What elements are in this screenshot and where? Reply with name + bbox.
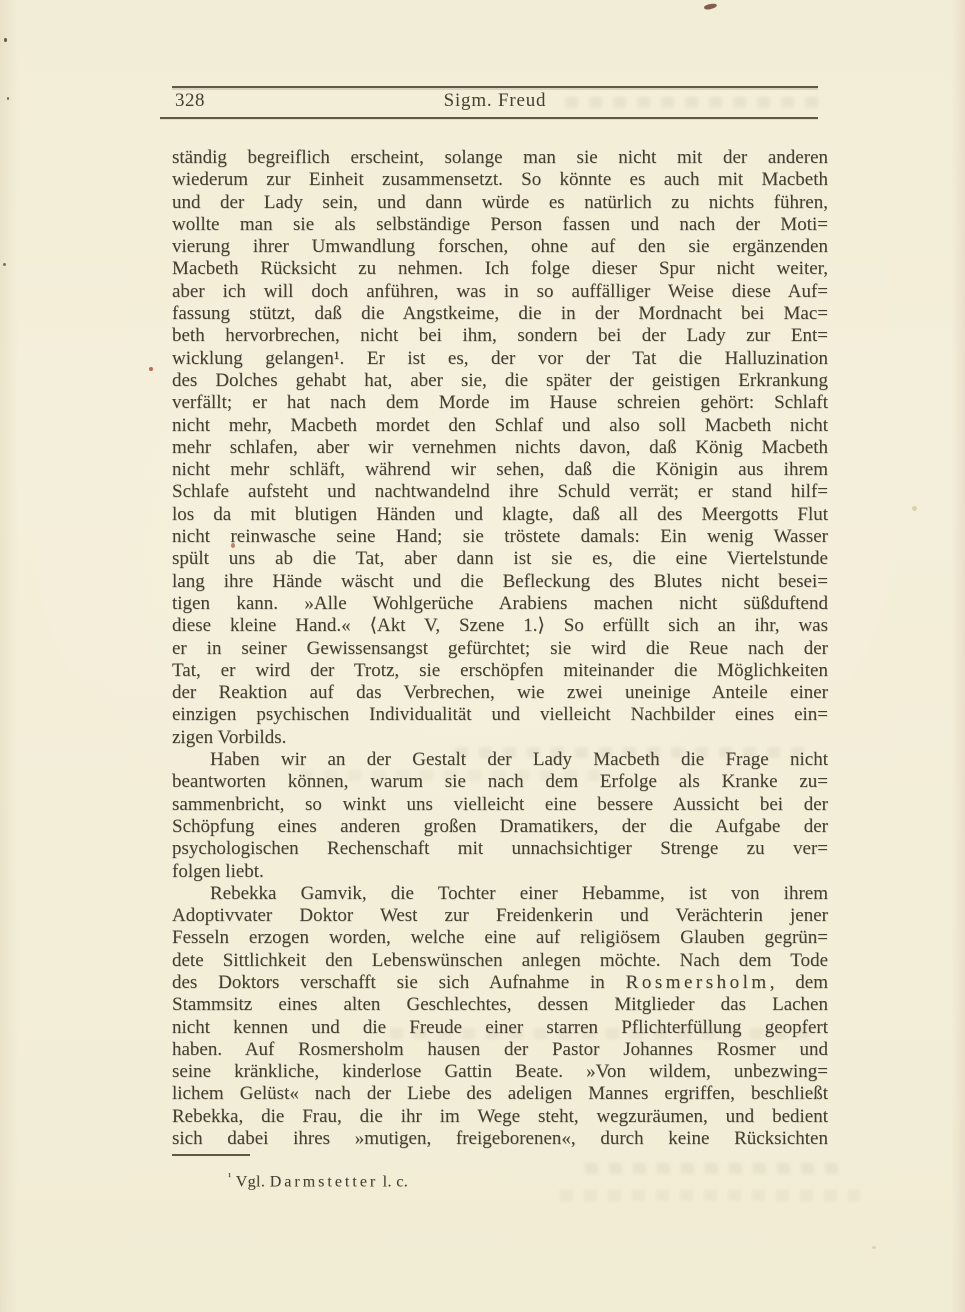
text-line: des Doktors verschafft sie sich Aufnahme… — [172, 972, 828, 994]
text-line: Rebekka Gamvik, die Tochter einer Hebamm… — [172, 883, 828, 905]
text-line: Adoptivvater Doktor West zur Freidenkeri… — [172, 905, 828, 927]
text-line: lichem Gelüst« nach der Liebe des adelig… — [172, 1083, 828, 1105]
paragraph: Rebekka Gamvik, die Tochter einer Hebamm… — [172, 883, 828, 1151]
text-line: verfällt; er hat nach dem Morde im Hause… — [172, 392, 828, 414]
footnote-prefix: Vgl. — [236, 1173, 266, 1190]
text-line: Rebekka, die Frau, die ihr im Wege steht… — [172, 1106, 828, 1128]
text-line: nicht mehr, Macbeth mordet den Schlaf un… — [172, 415, 828, 437]
text-line: los da mit blutigen Händen und klagte, d… — [172, 504, 828, 526]
text-line: vierung ihrer Umwandlung forschen, ohne … — [172, 236, 828, 258]
text-line: haben. Auf Rosmersholm hausen der Pastor… — [172, 1039, 828, 1061]
text-line: tigen kann. »Alle Wohlgerüche Arabiens m… — [172, 593, 828, 615]
header-rule-top — [172, 86, 818, 88]
text-line: Schöpfung eines anderen großen Dramatike… — [172, 816, 828, 838]
text-line: Macbeth Rücksicht zu nehmen. Ich folge d… — [172, 258, 828, 280]
text-line: des Dolches gehabt hat, aber sie, die sp… — [172, 370, 828, 392]
text-line: beth hervorbrechen, nicht bei ihm, sonde… — [172, 325, 828, 347]
text-line: aber ich will doch anführen, was in so a… — [172, 281, 828, 303]
bleed-through-ghost — [390, 1028, 810, 1039]
text-line: seine kränkliche, kinderlose Gattin Beat… — [172, 1061, 828, 1083]
text-line: fassung stützt, daß die Angstkeime, die … — [172, 303, 828, 325]
book-page: 328 Sigm. Freud ständig begreiflich ersc… — [0, 0, 965, 1312]
text-line: dete Sittlichkeit den Lebenswünschen anl… — [172, 950, 828, 972]
bleed-through-ghost — [455, 747, 815, 758]
text-line: sich dabei ihres »mutigen, freigeborenen… — [172, 1128, 828, 1150]
scan-artifact — [3, 263, 6, 266]
text-line: psychologischen Rechenschaft mit unnachs… — [172, 838, 828, 860]
text-line: sammenbricht, so winkt uns vielleicht ei… — [172, 794, 828, 816]
footnote-rule — [172, 1154, 250, 1156]
text-line: der Reaktion auf das Verbrechen, wie zwe… — [172, 682, 828, 704]
bleed-through-ghost — [300, 770, 600, 781]
scan-artifact — [4, 38, 7, 42]
text-line: lang ihre Hände wäscht und die Befleckun… — [172, 571, 828, 593]
header-rule-bottom — [160, 117, 818, 119]
text-line: wollte man sie als selbständige Person f… — [172, 214, 828, 236]
text-line: nicht reinwasche seine Hand; sie tröstet… — [172, 526, 828, 548]
text-line: spült uns ab die Tat, aber dann ist sie … — [172, 548, 828, 570]
text-line: Stammsitz eines alten Geschlechtes, dess… — [172, 994, 828, 1016]
body-text: ständig begreiflich erscheint, solange m… — [172, 147, 828, 1150]
text-line: er in seiner Gewissensangst gefürchtet; … — [172, 638, 828, 660]
text-line: diese kleine Hand.« ⟨Akt V, Szene 1.⟩ So… — [172, 615, 828, 637]
text-line: Tat, er wird der Trotz, sie erschöpfen m… — [172, 660, 828, 682]
scan-artifact — [704, 3, 718, 11]
scan-artifact — [7, 97, 9, 100]
text-line: Fesseln erzogen worden, welche eine auf … — [172, 927, 828, 949]
scan-artifact — [912, 506, 917, 511]
paragraph: ständig begreiflich erscheint, solange m… — [172, 147, 828, 749]
scan-artifact — [149, 367, 153, 371]
text-line: ständig begreiflich erscheint, solange m… — [172, 147, 828, 169]
bleed-through-ghost — [585, 1163, 845, 1174]
bleed-through-ghost — [560, 1190, 860, 1201]
text-line: mehr schlafen, aber wir vernehmen nichts… — [172, 437, 828, 459]
scan-artifact — [872, 1246, 876, 1249]
bleed-through-ghost — [565, 97, 825, 108]
footnote-suffix: l. c. — [383, 1173, 409, 1190]
text-line: und der Lady sein, und dann würde es nat… — [172, 192, 828, 214]
text-line: nicht mehr schläft, während wir sehen, d… — [172, 459, 828, 481]
text-line: Schlafe aufsteht und nachtwandelnd ihre … — [172, 481, 828, 503]
scan-artifact — [231, 543, 235, 548]
text-line: wiederum zur Einheit zusammensetzt. So k… — [172, 169, 828, 191]
footnote-marker: ¹ — [228, 1171, 232, 1183]
footnote: ¹Vgl. Darmstetter l. c. — [172, 1171, 828, 1191]
text-line: wicklung gelangen¹. Er ist es, der vor d… — [172, 348, 828, 370]
text-line: einzigen psychischen Individualität und … — [172, 704, 828, 726]
text-line: folgen liebt. — [172, 861, 828, 883]
text-line: zigen Vorbilds. — [172, 727, 828, 749]
footnote-reference-name: Darmstetter — [270, 1173, 379, 1190]
